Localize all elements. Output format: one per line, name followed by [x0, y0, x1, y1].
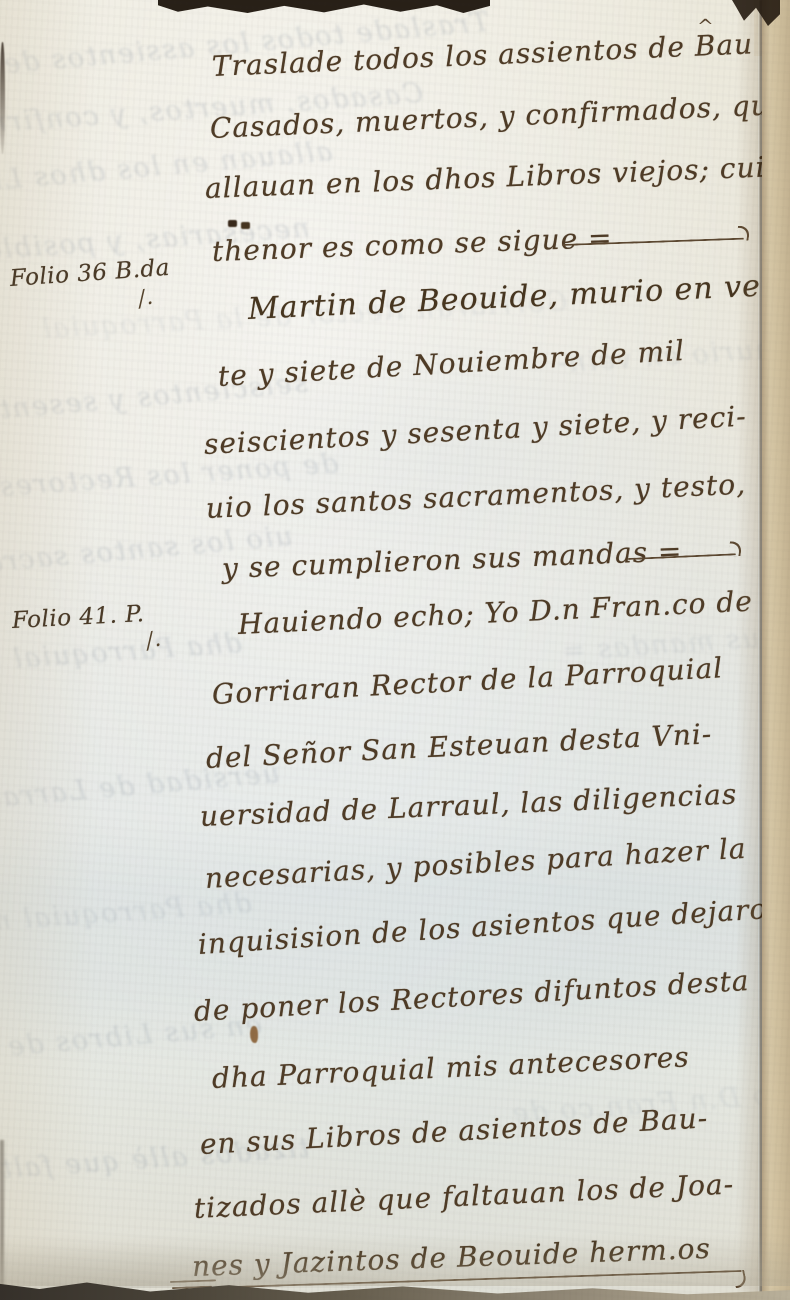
ink-blot-marks: [228, 220, 237, 227]
rust-stain: [250, 1026, 258, 1043]
body-line-7: seiscientos y sesenta y siete, y reci-: [203, 400, 747, 461]
body-line-6: te y siete de Nouiembre de mil: [217, 334, 686, 393]
left-edge-shadow: [0, 1140, 4, 1290]
body-line-14: necesarias, y posibles para hazer la: [204, 832, 747, 895]
body-line-12: del Señor San Esteuan desta Vni-: [205, 717, 713, 775]
manuscript-page: Traslade todos los assientos de Bautizad…: [0, 0, 790, 1300]
left-edge-shadow: [0, 42, 5, 154]
bleedthrough-text: dha Parroquial mis antecesores: [0, 628, 243, 693]
body-line-17: dha Parroquial mis antecesores: [211, 1040, 690, 1095]
binding-shadow: [736, 0, 758, 1300]
bottom-torn-edge: [0, 1281, 790, 1300]
adjacent-page-strip: [762, 0, 790, 1300]
body-line-16: de poner los Rectores difuntos desta: [193, 964, 750, 1028]
margin-note-folio-41: Folio 41. P.: [11, 601, 145, 634]
body-line-18: en sus Libros de asientos de Bau-: [199, 1101, 709, 1161]
body-line-15: inquisision de los asientos que dejaron: [197, 891, 787, 961]
body-line-19: tizados allè que faltauan los de Joa-: [193, 1167, 734, 1224]
body-line-11: Gorriaran Rector de la Parroquial: [211, 651, 724, 711]
